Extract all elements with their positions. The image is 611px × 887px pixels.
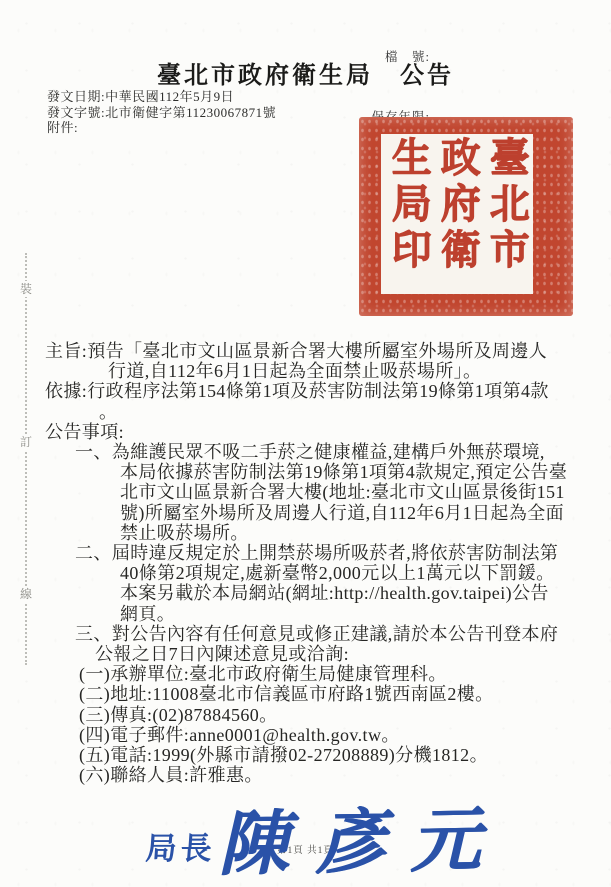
attachment-line: 附件: [47, 120, 276, 136]
signature-title: 局長 [144, 823, 217, 868]
contact-email-line: (四)電子郵件:anne0001@health.gov.tw。 [0, 725, 611, 745]
basis-line: 依據:行政程序法第154條第1項及菸害防制法第19條第1項第4款 [0, 381, 611, 401]
announcement-body: 主旨:預告「臺北市文山區景新合署大樓所屬室外場所及周邊人 行道,自112年6月1… [0, 341, 611, 785]
signature-block: 局長 陳彥元 [146, 786, 506, 887]
body-line: 網頁。 [0, 604, 611, 624]
item-1-line: 一、為維護民眾不吸二手菸之健康權益,建構戶外無菸環境, [0, 442, 611, 462]
scanned-announcement-page: 檔 號: 保存年限: 臺北市政府衛生局 公告 發文日期:中華民國112年5月9日… [0, 0, 611, 887]
seal-column-middle: 政府衛 [433, 136, 481, 292]
issue-date-line: 發文日期:中華民國112年5月9日 [47, 89, 276, 105]
official-red-seal: 臺北市 政府衛 生局印 [359, 117, 573, 316]
binding-mark-zhuang: 裝 [18, 281, 34, 297]
body-line: 本案另載於本局網站(網址:http://health.gov.taipei)公告 [0, 583, 611, 603]
contact-address-line: (二)地址:11008臺北市信義區市府路1號西南區2樓。 [0, 684, 611, 704]
item-3-line: 三、對公告內容有任何意見或修正建議,請於本公告刊登本府 [0, 624, 611, 644]
body-line: 本局依據菸害防制法第19條第1項第4款規定,預定公告臺 [0, 462, 611, 482]
issue-number-line: 發文字號:北市衛健字第11230067871號 [47, 105, 276, 121]
body-line: 40條第2項規定,處新臺幣2,000元以上1萬元以下罰鍰。 [0, 563, 611, 583]
body-line: 公報之日7日內陳述意見或洽詢: [0, 644, 611, 664]
body-line: 。 [0, 402, 611, 422]
subject-line: 主旨:預告「臺北市文山區景新合署大樓所屬室外場所及周邊人 [0, 341, 611, 361]
seal-column-left: 生局印 [384, 136, 432, 292]
seal-inscription: 臺北市 政府衛 生局印 [381, 134, 533, 294]
document-title: 臺北市政府衛生局 公告 [0, 55, 611, 90]
body-line: 北市文山區景新合署大樓(地址:臺北市文山區景後街151 [0, 482, 611, 502]
signature-name: 陳彥元 [217, 783, 507, 887]
contact-fax-line: (三)傳真:(02)87884560。 [0, 705, 611, 725]
body-line: 禁止吸菸場所。 [0, 523, 611, 543]
issuing-meta-block: 發文日期:中華民國112年5月9日 發文字號:北市衛健字第11230067871… [47, 89, 276, 136]
contact-phone-line: (五)電話:1999(外縣市請撥02-27208889)分機1812。 [0, 745, 611, 765]
item-2-line: 二、屆時違反規定於上開禁菸場所吸菸者,將依菸害防制法第 [0, 543, 611, 563]
contact-unit-line: (一)承辦單位:臺北市政府衛生局健康管理科。 [0, 664, 611, 684]
seal-column-right: 臺北市 [482, 136, 530, 292]
items-heading: 公告事項: [0, 422, 611, 442]
contact-person-line: (六)聯絡人員:許雅惠。 [0, 765, 611, 785]
body-line: 行道,自112年6月1日起為全面禁止吸菸場所」。 [0, 361, 611, 381]
body-line: 號)所屬室外場所及周邊人行道,自112年6月1日起為全面 [0, 503, 611, 523]
